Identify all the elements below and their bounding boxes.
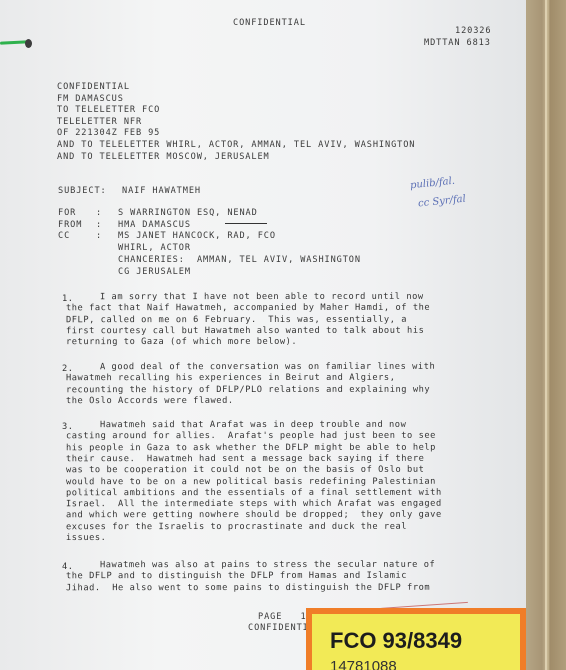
paragraph-line: issues.	[66, 533, 106, 544]
paragraph-line: recounting the history of DFLP/PLO relat…	[66, 384, 430, 396]
paragraph-line: their cause. Hawatmeh had sent a message…	[66, 454, 424, 466]
paragraph-line: Hawatmeh was also at pains to stress the…	[100, 560, 435, 572]
top-classification: CONFIDENTIAL	[233, 18, 306, 30]
paragraph-line: Hawatmeh recalling his experiences in Be…	[66, 373, 395, 385]
punch-hole	[25, 39, 32, 48]
telegram-id: MDTTAN 6813	[424, 38, 491, 50]
paragraph-line: political ambitions and the essentials o…	[66, 488, 442, 500]
paragraph-line: Israel. All the intermediate steps with …	[66, 499, 442, 511]
underline-mark	[225, 223, 267, 224]
paragraph-line: the Oslo Accords were flawed.	[66, 396, 234, 407]
paragraph-line: Jihad. He also went to some pains to dis…	[66, 582, 430, 594]
paragraph-line: casting around for allies. Arafat's peop…	[66, 431, 436, 443]
binding-string	[0, 40, 28, 44]
footer-page: PAGE 1	[258, 612, 307, 624]
routing-separator: :	[96, 231, 102, 243]
paragraph-line: excuses for the Israelis to procrastinat…	[66, 521, 407, 533]
paragraph-line: I am sorry that I have not been able to …	[100, 292, 424, 304]
archive-label: FCO 93/8349 14781088	[306, 608, 526, 670]
paragraph-line: was to be cooperation it could not be on…	[66, 465, 424, 477]
archive-reference: FCO 93/8349	[330, 628, 462, 654]
routing-value: HMA DAMASCUS	[118, 220, 191, 232]
header-line: CONFIDENTIAL	[57, 82, 130, 94]
handwritten-note-2: cc Syr/fal	[418, 194, 467, 210]
paragraph-line: the fact that Naif Hawatmeh, accompanied…	[66, 303, 430, 315]
routing-label: FROM	[58, 220, 82, 232]
routing-value: S WARRINGTON ESQ, NENAD	[118, 208, 258, 220]
paragraph-line: his people in Gaza to ask whether the DF…	[66, 442, 436, 454]
paragraph-line: DFLP, called on me on 6 February. This w…	[66, 314, 407, 326]
routing-value: WHIRL, ACTOR	[118, 243, 191, 255]
reference-number: 120326	[455, 26, 491, 38]
routing-label: FOR	[58, 208, 76, 220]
routing-label: CC	[58, 231, 70, 243]
subject-label: SUBJECT:	[58, 186, 107, 198]
header-line: OF 221304Z FEB 95	[57, 128, 160, 140]
routing-separator: :	[96, 220, 102, 232]
routing-value: CHANCERIES: AMMAN, TEL AVIV, WASHINGTON	[118, 255, 361, 267]
header-line: TO TELELETTER FCO	[57, 105, 160, 117]
subject: NAIF HAWATMEH	[122, 186, 201, 198]
paragraph-line: Hawatmeh said that Arafat was in deep tr…	[100, 420, 406, 432]
paragraph-line: returning to Gaza (of which more below).	[66, 337, 297, 348]
header-line: AND TO TELELETTER MOSCOW, JERUSALEM	[57, 152, 270, 164]
folder-crease	[545, 0, 547, 670]
paragraph-line: A good deal of the conversation was on f…	[100, 362, 435, 374]
handwritten-note-1: pulib/fal.	[410, 176, 456, 192]
paragraph-line: first courtesy call but Hawatmeh also wa…	[66, 326, 424, 338]
paragraph-line: and which were getting nowhere should be…	[66, 510, 442, 522]
document-page: CONFIDENTIAL 120326 MDTTAN 6813 CONFIDEN…	[0, 0, 532, 670]
paragraph-line: would have to be on a new political basi…	[66, 476, 436, 488]
routing-separator: :	[96, 208, 102, 220]
routing-value: CG JERUSALEM	[118, 267, 191, 279]
header-line: AND TO TELELETTER WHIRL, ACTOR, AMMAN, T…	[57, 140, 415, 152]
header-line: FM DAMASCUS	[57, 94, 124, 106]
header-line: TELELETTER NFR	[57, 117, 142, 129]
paragraph-line: the DFLP and to distinguish the DFLP fro…	[66, 571, 407, 583]
routing-value: MS JANET HANCOCK, RAD, FCO	[118, 231, 276, 243]
archive-barcode-number: 14781088	[330, 658, 397, 670]
